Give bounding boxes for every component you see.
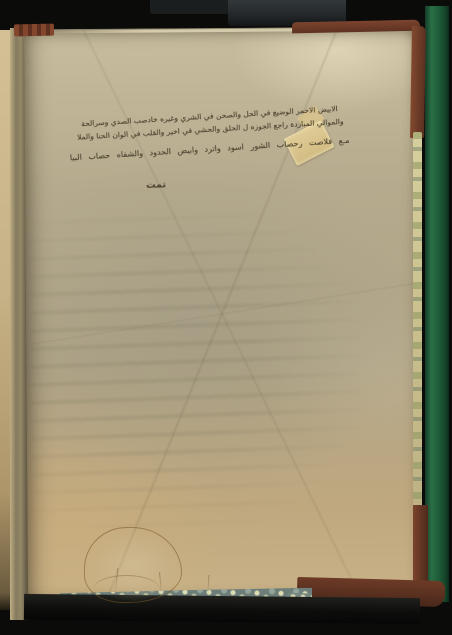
manuscript-photograph: الابيض الاحمر الوضيع في الحل والصحن في ا…	[0, 0, 452, 635]
verso-show-through-text	[30, 212, 360, 534]
leather-edge-right-upper	[410, 26, 426, 138]
note-line-closing-word: تمت	[146, 179, 166, 191]
green-backstop-strip	[425, 6, 449, 602]
leather-fragment-top-left	[14, 24, 54, 37]
cover-edge-bottom	[24, 594, 420, 624]
page-block-edge-strip	[413, 132, 422, 512]
cradle-hardware-small	[150, 0, 230, 14]
